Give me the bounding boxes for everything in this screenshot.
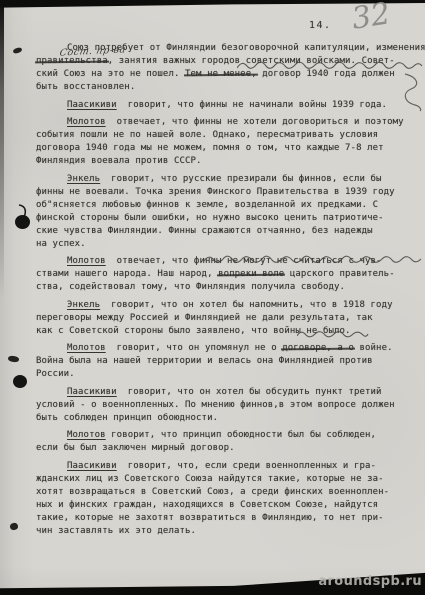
- typed-text: царского правитель-: [284, 269, 394, 279]
- typed-text: договор 1940 года должен: [257, 69, 395, 79]
- typed-text: Война была на нашей территории и велась …: [36, 356, 373, 366]
- typed-page-number: 14.: [309, 20, 332, 31]
- ink-mark-top-left: [12, 47, 22, 55]
- struck-text: договоре, а о: [282, 343, 354, 353]
- speaker-name: Молотов: [67, 256, 106, 266]
- typed-text: говорит, что он упомянул не о: [106, 343, 283, 353]
- document-paragraph: Паасикиви говорит, что финны не начинали…: [36, 99, 414, 112]
- punch-hole-blot-lower: [13, 375, 27, 388]
- typed-text: быть восстановлен.: [36, 82, 135, 92]
- typed-text: ствами нашего народа. Наш народ,: [36, 269, 218, 279]
- speaker-name: Энкель: [67, 174, 100, 184]
- speaker-name: Молотов: [67, 343, 106, 353]
- scan-edge-left: [0, 0, 4, 300]
- typed-text: хотят возвращаться в Советский Союз, а с…: [36, 487, 389, 497]
- typed-text: говорит, что он хотел бы обсудить пункт …: [117, 387, 382, 397]
- watermark: aroundspb.ru: [318, 574, 422, 589]
- document-paragraph: Паасикиви говорит, что он хотел бы обсуд…: [36, 386, 414, 425]
- typed-text: говорит, что русские презирали бы финнов…: [100, 174, 381, 184]
- typed-text: говорит, что он хотел бы напомнить, что …: [100, 300, 392, 310]
- typed-text: Финляндия воевала против СССР.: [36, 156, 202, 166]
- document-paragraph: Молотов говорит, что принцип обоюдности …: [36, 429, 414, 455]
- struck-text: Тем не менее,: [185, 69, 257, 79]
- typed-text: , занятия важных городов советскими войс…: [108, 56, 395, 66]
- document-paragraph: Молотов отвечает, что финны не хотели до…: [36, 116, 414, 168]
- typed-text: финской стороны были ошибки, но нужно вы…: [36, 213, 384, 223]
- speaker-name: Паасикиви: [67, 100, 117, 110]
- typed-text: на успех.: [36, 239, 86, 249]
- typed-text: ский Союз на это не пошел.: [36, 69, 185, 79]
- scanned-document-page: 32 14. Союз потребует от Финляндии безог…: [0, 0, 425, 595]
- typed-text: быть соблюден принцип обоюдности.: [36, 413, 218, 423]
- typed-text: договора 1940 года мы не можем, помня о …: [36, 143, 384, 153]
- typed-text: финны не воевали. Точка зрения Финского …: [36, 187, 395, 197]
- typed-text: события пошли не по нашей воле. Однако, …: [36, 130, 378, 140]
- typed-text: ства, содействовал тому, что Финляндия п…: [36, 282, 345, 292]
- typed-text: об"ясняется любовью финнов к земле, возд…: [36, 200, 378, 210]
- pencil-page-number: 32: [350, 0, 393, 37]
- typed-text: России.: [36, 369, 75, 379]
- typed-text: говорит, что финны не начинали войны 193…: [117, 100, 387, 110]
- typed-text: чин заставлять их это делать.: [36, 526, 196, 536]
- typed-text: как с Советской стороны было заявлено, ч…: [36, 326, 351, 336]
- document-paragraph: Энкель говорит, что русские презирали бы…: [36, 173, 414, 251]
- ink-mark-mid-left: [8, 355, 20, 362]
- speaker-name: Паасикиви: [67, 461, 117, 471]
- typed-text: отвечает, что финны не хотели договорить…: [106, 117, 404, 127]
- typed-text: отвечает, что финны не могут не считатьс…: [106, 256, 382, 266]
- speaker-name: Молотов: [67, 430, 106, 440]
- ink-mark-bottom-left: [9, 522, 18, 530]
- speaker-name: Паасикиви: [67, 387, 117, 397]
- speaker-name: Энкель: [67, 300, 100, 310]
- document-paragraph: Энкель говорит, что он хотел бы напомнит…: [36, 299, 414, 338]
- typed-text: ных и финских граждан, находящихся в Сов…: [36, 500, 378, 510]
- typed-text: переговоры между Россией и Финляндией не…: [36, 313, 373, 323]
- speaker-name: Молотов: [67, 117, 106, 127]
- typed-text: если бы был заключен мирный договор.: [36, 443, 235, 453]
- document-paragraph: Паасикиви говорит, что, если среди военн…: [36, 460, 414, 538]
- punch-hole-blot-upper: [15, 215, 30, 229]
- typed-text: такие, которые не захотят возвратиться в…: [36, 513, 384, 523]
- typed-text: говорит, что принцип обоюдности был бы с…: [106, 430, 376, 440]
- struck-text: вопреки воле: [218, 269, 284, 279]
- typed-text: ские чувства Финляндии. Финны сражаются …: [36, 226, 373, 236]
- typed-text: жданских лиц из Советского Союза найдутс…: [36, 474, 384, 484]
- typed-text: говорит, что, если среди военнопленных и…: [117, 461, 376, 471]
- document-body: Союз потребует от Финляндии безоговорочн…: [36, 42, 414, 542]
- typed-text: войне.: [354, 343, 393, 353]
- document-paragraph: Молотов отвечает, что финны не могут не …: [36, 255, 414, 294]
- document-paragraph: Молотов говорит, что он упомянул не о до…: [36, 342, 414, 381]
- typed-text: условий - о военнопленных. По мнению фин…: [36, 400, 395, 410]
